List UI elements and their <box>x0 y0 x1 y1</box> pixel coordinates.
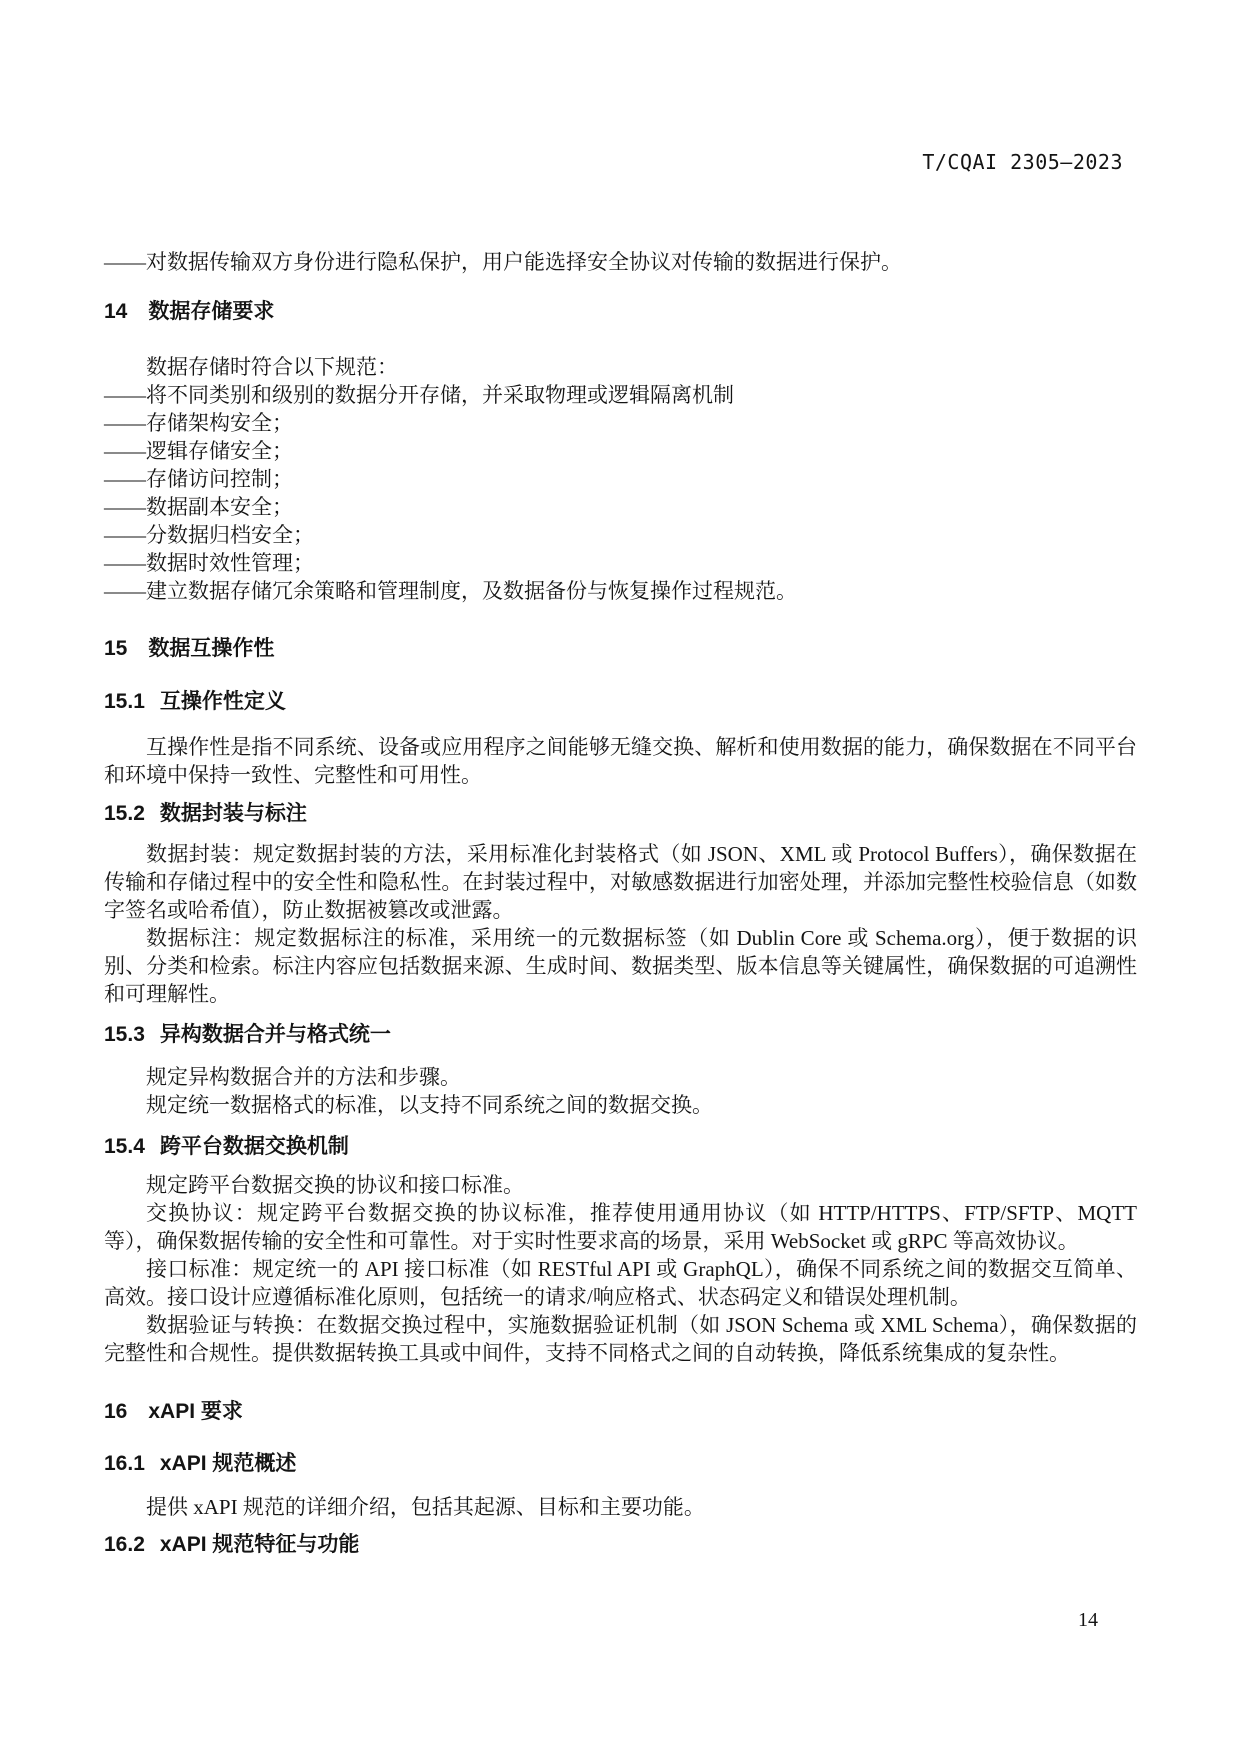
section-heading-16-2: 16.2xAPI 规范特征与功能 <box>104 1531 1137 1559</box>
section-number: 14 <box>104 298 127 326</box>
section-number: 16 <box>104 1398 127 1426</box>
section-heading-14: 14数据存储要求 <box>104 298 1137 326</box>
section-number: 16.1 <box>104 1450 145 1478</box>
section-heading-16: 16xAPI 要求 <box>104 1398 1137 1426</box>
section-title: 数据封装与标注 <box>160 802 307 825</box>
dash-item: ——分数据归档安全； <box>104 521 1137 549</box>
section-title: xAPI 规范特征与功能 <box>160 1533 360 1556</box>
paragraph-interface-standard: 接口标准：规定统一的 API 接口标准（如 RESTful API 或 Grap… <box>104 1255 1137 1311</box>
paragraph-data-annotation: 数据标注：规定数据标注的标准，采用统一的元数据标签（如 Dublin Core … <box>104 924 1137 1008</box>
section-heading-15: 15数据互操作性 <box>104 635 1137 663</box>
paragraph-merge-method: 规定异构数据合并的方法和步骤。 <box>104 1063 1137 1091</box>
dash-item: ——逻辑存储安全； <box>104 437 1137 465</box>
storage-spec-list: 数据存储时符合以下规范： ——将不同类别和级别的数据分开存储，并采取物理或逻辑隔… <box>104 353 1137 605</box>
section-title: 互操作性定义 <box>160 690 286 713</box>
document-page: T/CQAI 2305—2023 ——对数据传输双方身份进行隐私保护，用户能选择… <box>0 0 1241 1754</box>
page-header: T/CQAI 2305—2023 <box>104 150 1137 174</box>
paragraph-validation-conversion: 数据验证与转换：在数据交换过程中，实施数据验证机制（如 JSON Schema … <box>104 1311 1137 1367</box>
heterogeneous-data-paragraphs: 规定异构数据合并的方法和步骤。 规定统一数据格式的标准，以支持不同系统之间的数据… <box>104 1063 1137 1119</box>
section-title: xAPI 要求 <box>148 1400 243 1423</box>
section-number: 15.4 <box>104 1133 145 1161</box>
standard-code: T/CQAI 2305—2023 <box>922 150 1123 174</box>
section-number: 15 <box>104 635 127 663</box>
section-heading-15-2: 15.2数据封装与标注 <box>104 800 1137 828</box>
dash-item: ——存储架构安全； <box>104 409 1137 437</box>
section-title: 数据存储要求 <box>148 300 274 323</box>
section-number: 15.3 <box>104 1021 145 1049</box>
paragraph-xapi-overview: 提供 xAPI 规范的详细介绍，包括其起源、目标和主要功能。 <box>104 1493 1137 1521</box>
paragraph-exchange-standard: 规定跨平台数据交换的协议和接口标准。 <box>104 1171 1137 1199</box>
dash-item-privacy-protection: ——对数据传输双方身份进行隐私保护，用户能选择安全协议对传输的数据进行保护。 <box>104 248 1137 276</box>
list-lead: 数据存储时符合以下规范： <box>104 353 1137 381</box>
section-heading-15-1: 15.1互操作性定义 <box>104 688 1137 716</box>
dash-item: ——数据时效性管理； <box>104 549 1137 577</box>
paragraph-unified-format: 规定统一数据格式的标准，以支持不同系统之间的数据交换。 <box>104 1091 1137 1119</box>
section-title: 异构数据合并与格式统一 <box>160 1023 391 1046</box>
paragraph-data-encapsulation: 数据封装：规定数据封装的方法，采用标准化封装格式（如 JSON、XML 或 Pr… <box>104 840 1137 924</box>
dash-item: ——将不同类别和级别的数据分开存储，并采取物理或逻辑隔离机制 <box>104 381 1137 409</box>
section-heading-15-3: 15.3异构数据合并与格式统一 <box>104 1021 1137 1049</box>
cross-platform-paragraphs: 规定跨平台数据交换的协议和接口标准。 交换协议：规定跨平台数据交换的协议标准，推… <box>104 1171 1137 1367</box>
dash-item: ——存储访问控制； <box>104 465 1137 493</box>
section-title: xAPI 规范概述 <box>160 1452 297 1475</box>
section-number: 15.2 <box>104 800 145 828</box>
section-title: 数据互操作性 <box>148 637 274 660</box>
section-number: 16.2 <box>104 1531 145 1559</box>
dash-item: ——建立数据存储冗余策略和管理制度，及数据备份与恢复操作过程规范。 <box>104 577 1137 605</box>
section-heading-15-4: 15.4跨平台数据交换机制 <box>104 1133 1137 1161</box>
paragraph-interoperability-definition: 互操作性是指不同系统、设备或应用程序之间能够无缝交换、解析和使用数据的能力，确保… <box>104 733 1137 789</box>
page-number: 14 <box>1078 1608 1098 1632</box>
dash-item: ——数据副本安全； <box>104 493 1137 521</box>
paragraph-exchange-protocol: 交换协议：规定跨平台数据交换的协议标准，推荐使用通用协议（如 HTTP/HTTP… <box>104 1199 1137 1255</box>
section-number: 15.1 <box>104 688 145 716</box>
section-title: 跨平台数据交换机制 <box>160 1135 349 1158</box>
section-heading-16-1: 16.1xAPI 规范概述 <box>104 1450 1137 1478</box>
